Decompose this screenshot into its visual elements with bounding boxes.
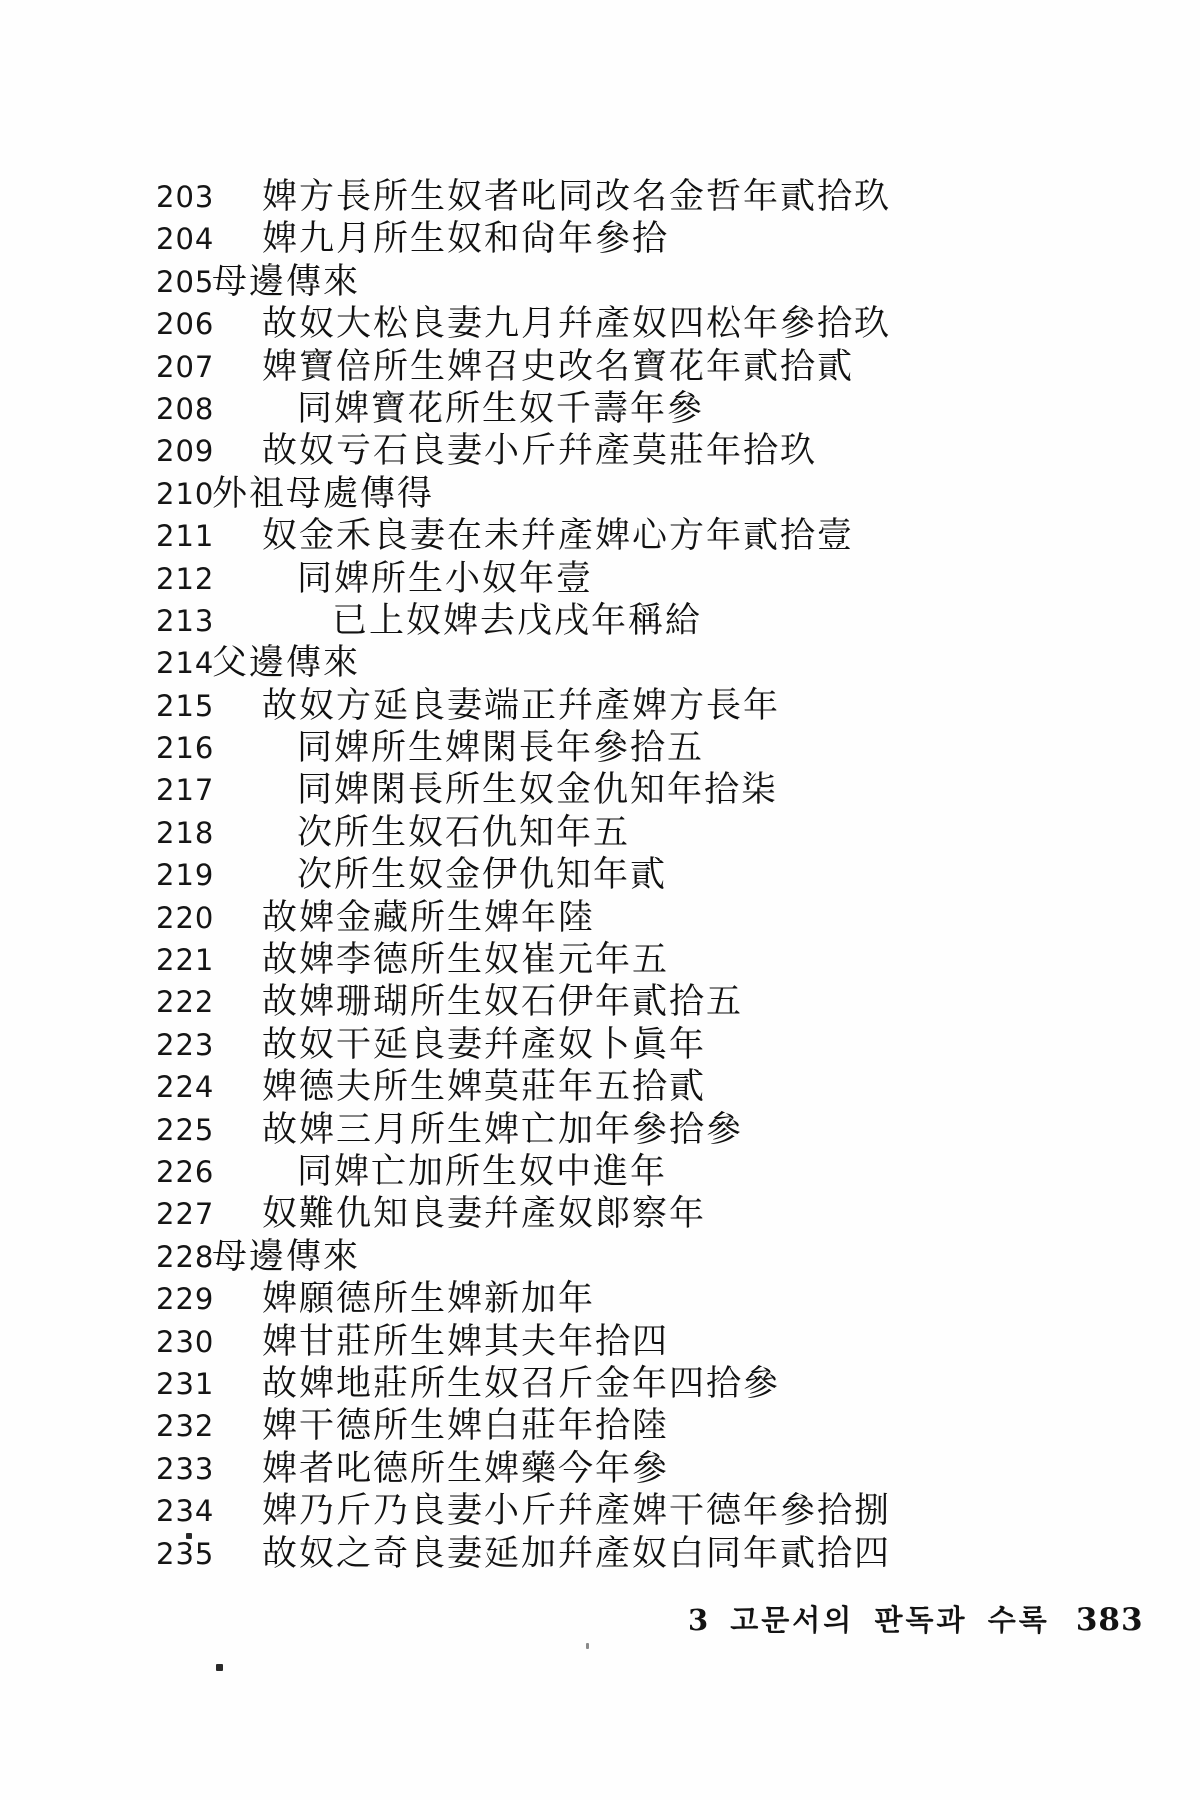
line-text: 次所生奴石仇知年五 bbox=[297, 812, 630, 854]
register-line: 229 婢願德所生婢新加年 bbox=[0, 1278, 1200, 1320]
footer-section-number: 3 bbox=[688, 1603, 708, 1637]
line-number: 206 bbox=[156, 303, 214, 345]
line-text: 故奴方延良妻端正幷產婢方長年 bbox=[262, 685, 780, 727]
line-text: 已上奴婢去戊戌年稱給 bbox=[332, 600, 702, 642]
line-text: 婢願德所生婢新加年 bbox=[262, 1278, 595, 1320]
register-line: 231 故婢地莊所生奴召斤金年四拾參 bbox=[0, 1363, 1200, 1405]
line-number: 213 bbox=[156, 600, 214, 642]
line-text: 故奴之奇良妻延加幷產奴白同年貳拾四 bbox=[262, 1533, 891, 1575]
register-line: 220 故婢金藏所生婢年陸 bbox=[0, 897, 1200, 939]
line-text: 次所生奴金伊仇知年貳 bbox=[297, 854, 667, 896]
line-number: 227 bbox=[156, 1193, 214, 1235]
register-text-block: 203 婢方長所生奴者叱同改名金哲年貳拾玖 204 婢九月所生奴和尙年參拾 20… bbox=[0, 176, 1200, 1575]
register-line: 219 次所生奴金伊仇知年貳 bbox=[0, 854, 1200, 896]
print-speck bbox=[586, 1643, 589, 1649]
register-line: 213 已上奴婢去戊戌年稱給 bbox=[0, 600, 1200, 642]
register-line: 204 婢九月所生奴和尙年參拾 bbox=[0, 218, 1200, 260]
line-number: 203 bbox=[156, 176, 214, 218]
register-line: 223 故奴干延良妻幷產奴卜眞年 bbox=[0, 1024, 1200, 1066]
register-line: 216 同婢所生婢閑長年參拾五 bbox=[0, 727, 1200, 769]
line-number: 224 bbox=[156, 1066, 214, 1108]
line-text: 外祖母處傳得 bbox=[212, 473, 434, 515]
register-line: 206 故奴大松良妻九月幷產奴四松年參拾玖 bbox=[0, 303, 1200, 345]
register-line: 210 外祖母處傳得 bbox=[0, 473, 1200, 515]
page-footer: 3 고문서의 판독과 수록 383 bbox=[688, 1598, 1144, 1639]
line-number: 234 bbox=[156, 1490, 214, 1532]
line-text: 同婢寶花所生奴千壽年參 bbox=[297, 388, 704, 430]
line-text: 同婢所生小奴年壹 bbox=[297, 558, 593, 600]
register-line: 215 故奴方延良妻端正幷產婢方長年 bbox=[0, 685, 1200, 727]
footer-section-title: 고문서의 판독과 수록 bbox=[730, 1598, 1050, 1639]
line-number: 220 bbox=[156, 897, 214, 939]
line-number: 217 bbox=[156, 769, 214, 811]
register-line: 230 婢甘莊所生婢其夫年拾四 bbox=[0, 1321, 1200, 1363]
line-number: 216 bbox=[156, 727, 214, 769]
line-text: 同婢閑長所生奴金仇知年拾柒 bbox=[297, 769, 778, 811]
line-text: 婢寶倍所生婢召史改名寶花年貳拾貳 bbox=[262, 346, 854, 388]
line-text: 故奴大松良妻九月幷產奴四松年參拾玖 bbox=[262, 303, 891, 345]
line-text: 父邊傳來 bbox=[212, 642, 360, 684]
register-line: 226 同婢亡加所生奴中進年 bbox=[0, 1151, 1200, 1193]
line-text: 故奴干延良妻幷產奴卜眞年 bbox=[262, 1024, 706, 1066]
line-number: 205 bbox=[156, 261, 214, 303]
line-number: 210 bbox=[156, 473, 214, 515]
register-line: 227 奴難仇知良妻幷產奴郞察年 bbox=[0, 1193, 1200, 1235]
line-text: 故婢珊瑚所生奴石伊年貳拾五 bbox=[262, 981, 743, 1023]
line-number: 228 bbox=[156, 1236, 214, 1278]
line-number: 215 bbox=[156, 685, 214, 727]
line-text: 故奴亏石良妻小斤幷產莫莊年拾玖 bbox=[262, 430, 817, 472]
line-text: 奴難仇知良妻幷產奴郞察年 bbox=[262, 1193, 706, 1235]
line-text: 母邊傳來 bbox=[212, 1236, 360, 1278]
line-text: 故婢金藏所生婢年陸 bbox=[262, 897, 595, 939]
line-text: 婢乃斤乃良妻小斤幷產婢干德年參拾捌 bbox=[262, 1490, 891, 1532]
line-text: 同婢所生婢閑長年參拾五 bbox=[297, 727, 704, 769]
register-line: 225 故婢三月所生婢亡加年參拾參 bbox=[0, 1109, 1200, 1151]
line-number: 219 bbox=[156, 854, 214, 896]
line-number: 218 bbox=[156, 812, 214, 854]
line-number: 221 bbox=[156, 939, 214, 981]
register-line: 234 婢乃斤乃良妻小斤幷產婢干德年參拾捌 bbox=[0, 1490, 1200, 1532]
line-number: 208 bbox=[156, 388, 214, 430]
register-line: 211 奴金禾良妻在未幷產婢心方年貳拾壹 bbox=[0, 515, 1200, 557]
line-number: 230 bbox=[156, 1321, 214, 1363]
scanned-document-page: 203 婢方長所生奴者叱同改名金哲年貳拾玖 204 婢九月所生奴和尙年參拾 20… bbox=[0, 0, 1200, 1800]
register-line: 222 故婢珊瑚所生奴石伊年貳拾五 bbox=[0, 981, 1200, 1023]
register-line: 214 父邊傳來 bbox=[0, 642, 1200, 684]
line-text: 婢者叱德所生婢藥今年參 bbox=[262, 1448, 669, 1490]
line-number: 225 bbox=[156, 1109, 214, 1151]
line-number: 204 bbox=[156, 218, 214, 260]
register-line: 221 故婢李德所生奴崔元年五 bbox=[0, 939, 1200, 981]
line-number: 232 bbox=[156, 1405, 214, 1447]
register-line: 205 母邊傳來 bbox=[0, 261, 1200, 303]
line-text: 婢甘莊所生婢其夫年拾四 bbox=[262, 1321, 669, 1363]
register-line: 212 同婢所生小奴年壹 bbox=[0, 558, 1200, 600]
line-number: 235 bbox=[156, 1533, 214, 1575]
line-number: 222 bbox=[156, 981, 214, 1023]
register-line: 203 婢方長所生奴者叱同改名金哲年貳拾玖 bbox=[0, 176, 1200, 218]
register-line: 207 婢寶倍所生婢召史改名寶花年貳拾貳 bbox=[0, 346, 1200, 388]
footer-page-number: 383 bbox=[1076, 1602, 1144, 1638]
line-text: 故婢三月所生婢亡加年參拾參 bbox=[262, 1109, 743, 1151]
line-text: 婢九月所生奴和尙年參拾 bbox=[262, 218, 669, 260]
line-text: 婢干德所生婢白莊年拾陸 bbox=[262, 1405, 669, 1447]
register-line: 208 同婢寶花所生奴千壽年參 bbox=[0, 388, 1200, 430]
register-line: 235 故奴之奇良妻延加幷產奴白同年貳拾四 bbox=[0, 1533, 1200, 1575]
line-number: 226 bbox=[156, 1151, 214, 1193]
line-text: 故婢地莊所生奴召斤金年四拾參 bbox=[262, 1363, 780, 1405]
line-number: 231 bbox=[156, 1363, 214, 1405]
print-speck bbox=[186, 1533, 192, 1539]
line-number: 229 bbox=[156, 1278, 214, 1320]
line-number: 211 bbox=[156, 515, 214, 557]
line-number: 223 bbox=[156, 1024, 214, 1066]
register-line: 228 母邊傳來 bbox=[0, 1236, 1200, 1278]
print-speck bbox=[216, 1664, 223, 1671]
register-line: 209 故奴亏石良妻小斤幷產莫莊年拾玖 bbox=[0, 430, 1200, 472]
line-number: 212 bbox=[156, 558, 214, 600]
line-text: 同婢亡加所生奴中進年 bbox=[297, 1151, 667, 1193]
register-line: 233 婢者叱德所生婢藥今年參 bbox=[0, 1448, 1200, 1490]
register-line: 232 婢干德所生婢白莊年拾陸 bbox=[0, 1405, 1200, 1447]
register-line: 217 同婢閑長所生奴金仇知年拾柒 bbox=[0, 769, 1200, 811]
line-text: 婢方長所生奴者叱同改名金哲年貳拾玖 bbox=[262, 176, 891, 218]
line-number: 207 bbox=[156, 346, 214, 388]
register-line: 224 婢德夫所生婢莫莊年五拾貳 bbox=[0, 1066, 1200, 1108]
line-text: 母邊傳來 bbox=[212, 261, 360, 303]
register-line: 218 次所生奴石仇知年五 bbox=[0, 812, 1200, 854]
line-number: 209 bbox=[156, 430, 214, 472]
line-number: 233 bbox=[156, 1448, 214, 1490]
line-text: 婢德夫所生婢莫莊年五拾貳 bbox=[262, 1066, 706, 1108]
line-number: 214 bbox=[156, 642, 214, 684]
line-text: 奴金禾良妻在未幷產婢心方年貳拾壹 bbox=[262, 515, 854, 557]
line-text: 故婢李德所生奴崔元年五 bbox=[262, 939, 669, 981]
